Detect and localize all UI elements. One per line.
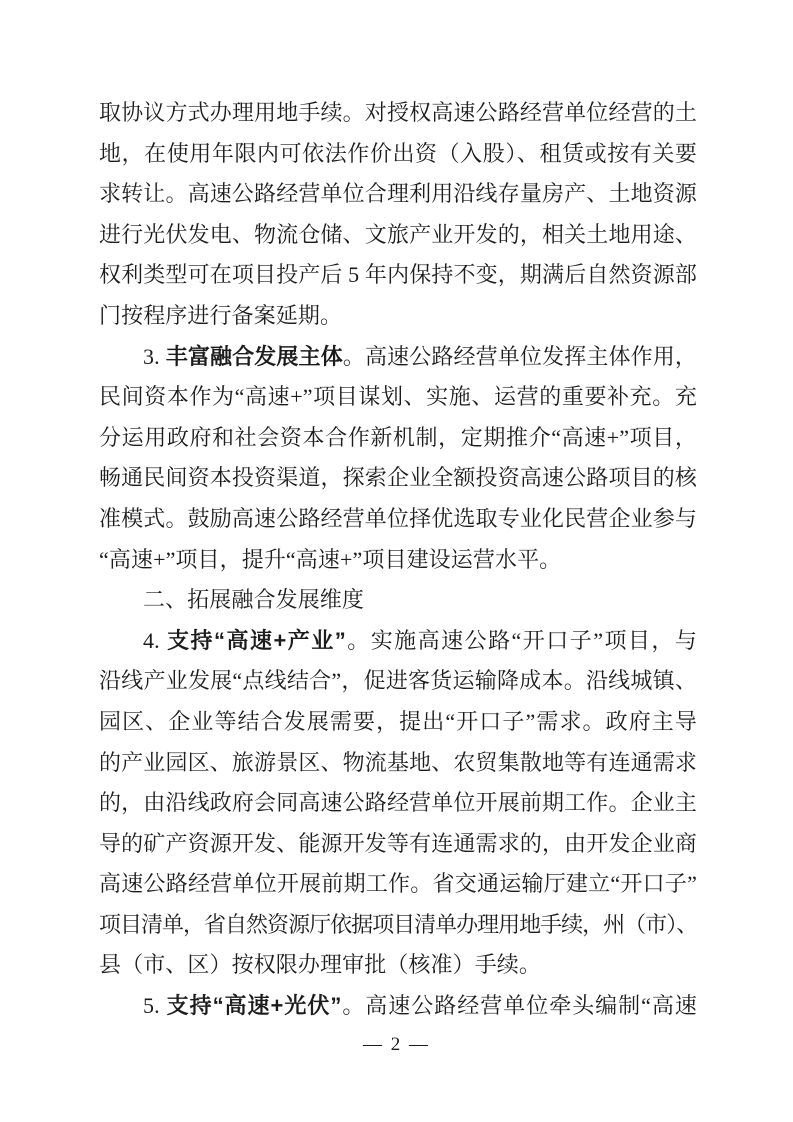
item-number: 5. xyxy=(143,993,166,1018)
page-number-footer: — 2 — xyxy=(0,1034,793,1056)
text-run: 进行光伏发电、物流仓储、文旅产业开发的，相关土地用途、 xyxy=(99,222,697,247)
item-number: 4. xyxy=(143,628,166,653)
text-line: 门按程序进行备案延期。 xyxy=(99,296,697,337)
text-line: 准模式。鼓励高速公路经营单位择优选取专业化民营企业参与 xyxy=(99,499,697,540)
text-run: 沿线产业发展“点线结合”，促进客货运输降成本。沿线城镇、 xyxy=(99,668,697,693)
text-run: 。实施高速公路“开口子”项目，与 xyxy=(346,628,697,653)
text-line: 的，由沿线政府会同高速公路经营单位开展前期工作。企业主 xyxy=(99,783,697,824)
text-line: 分运用政府和社会资本合作新机制，定期推介“高速+”项目， xyxy=(99,418,697,459)
document-body: 取协议方式办理用地手续。对授权高速公路经营单位经营的土地，在使用年限内可依法作价… xyxy=(99,93,697,1027)
text-run: 求转让。高速公路经营单位合理利用沿线存量房产、土地资源 xyxy=(99,181,697,206)
text-line: 权利类型可在项目投产后 5 年内保持不变，期满后自然资源部 xyxy=(99,255,697,296)
text-run: “高速+”项目，提升“高速+”项目建设运营水平。 xyxy=(99,547,561,572)
item-number: 3. xyxy=(143,344,166,369)
text-line: 4.支持“高速+产业”。实施高速公路“开口子”项目，与 xyxy=(99,621,697,662)
text-line: 取协议方式办理用地手续。对授权高速公路经营单位经营的土 xyxy=(99,93,697,134)
text-run: 县（市、区）按权限办理审批（核准）手续。 xyxy=(99,952,541,977)
text-line: 5.支持“高速+光伏”。高速公路经营单位牵头编制“高速 xyxy=(99,986,697,1027)
text-line: 的产业园区、旅游景区、物流基地、农贸集散地等有连通需求 xyxy=(99,743,697,784)
text-run: 高速公路经营单位开展前期工作。省交通运输厅建立“开口子” xyxy=(99,871,697,896)
text-run: 准模式。鼓励高速公路经营单位择优选取专业化民营企业参与 xyxy=(99,506,697,531)
text-run: 的，由沿线政府会同高速公路经营单位开展前期工作。企业主 xyxy=(99,790,697,815)
text-run: 的产业园区、旅游景区、物流基地、农贸集散地等有连通需求 xyxy=(99,750,697,775)
text-run: 权利类型可在项目投产后 5 年内保持不变，期满后自然资源部 xyxy=(99,262,697,287)
text-line: 县（市、区）按权限办理审批（核准）手续。 xyxy=(99,945,697,986)
document-page: 取协议方式办理用地手续。对授权高速公路经营单位经营的土地，在使用年限内可依法作价… xyxy=(0,0,793,1122)
bold-text-run: 丰富融合发展主体 xyxy=(166,344,343,369)
text-line: 进行光伏发电、物流仓储、文旅产业开发的，相关土地用途、 xyxy=(99,215,697,256)
text-line: 园区、企业等结合发展需要，提出“开口子”需求。政府主导 xyxy=(99,702,697,743)
text-line: “高速+”项目，提升“高速+”项目建设运营水平。 xyxy=(99,540,697,581)
text-line: 高速公路经营单位开展前期工作。省交通运输厅建立“开口子” xyxy=(99,864,697,905)
text-run: 二、拓展融合发展维度 xyxy=(143,587,364,612)
text-line: 二、拓展融合发展维度 xyxy=(99,580,697,621)
text-run: 。高速公路经营单位牵头编制“高速 xyxy=(341,993,697,1018)
text-run: 园区、企业等结合发展需要，提出“开口子”需求。政府主导 xyxy=(99,709,697,734)
text-run: 地，在使用年限内可依法作价出资（入股）、租赁或按有关要 xyxy=(99,141,697,166)
text-run: 。高速公路经营单位发挥主体作用， xyxy=(343,344,697,369)
text-run: 民间资本作为“高速+”项目谋划、实施、运营的重要补充。充 xyxy=(99,384,697,409)
bold-text-run: 支持“高速+光伏” xyxy=(166,993,342,1018)
text-run: 取协议方式办理用地手续。对授权高速公路经营单位经营的土 xyxy=(99,100,697,125)
text-line: 3.丰富融合发展主体。高速公路经营单位发挥主体作用， xyxy=(99,337,697,378)
bold-text-run: 支持“高速+产业” xyxy=(166,628,346,653)
text-run: 分运用政府和社会资本合作新机制，定期推介“高速+”项目， xyxy=(99,425,697,450)
text-line: 地，在使用年限内可依法作价出资（入股）、租赁或按有关要 xyxy=(99,134,697,175)
text-line: 求转让。高速公路经营单位合理利用沿线存量房产、土地资源 xyxy=(99,174,697,215)
text-run: 项目清单，省自然资源厅依据项目清单办理用地手续，州（市）、 xyxy=(99,912,697,937)
text-line: 畅通民间资本投资渠道，探索企业全额投资高速公路项目的核 xyxy=(99,458,697,499)
text-line: 沿线产业发展“点线结合”，促进客货运输降成本。沿线城镇、 xyxy=(99,661,697,702)
text-line: 导的矿产资源开发、能源开发等有连通需求的，由开发企业商 xyxy=(99,824,697,865)
text-run: 导的矿产资源开发、能源开发等有连通需求的，由开发企业商 xyxy=(99,831,697,856)
text-run: 门按程序进行备案延期。 xyxy=(99,303,342,328)
text-run: 畅通民间资本投资渠道，探索企业全额投资高速公路项目的核 xyxy=(99,465,697,490)
page-number: — 2 — xyxy=(363,1034,430,1055)
text-line: 项目清单，省自然资源厅依据项目清单办理用地手续，州（市）、 xyxy=(99,905,697,946)
text-line: 民间资本作为“高速+”项目谋划、实施、运营的重要补充。充 xyxy=(99,377,697,418)
